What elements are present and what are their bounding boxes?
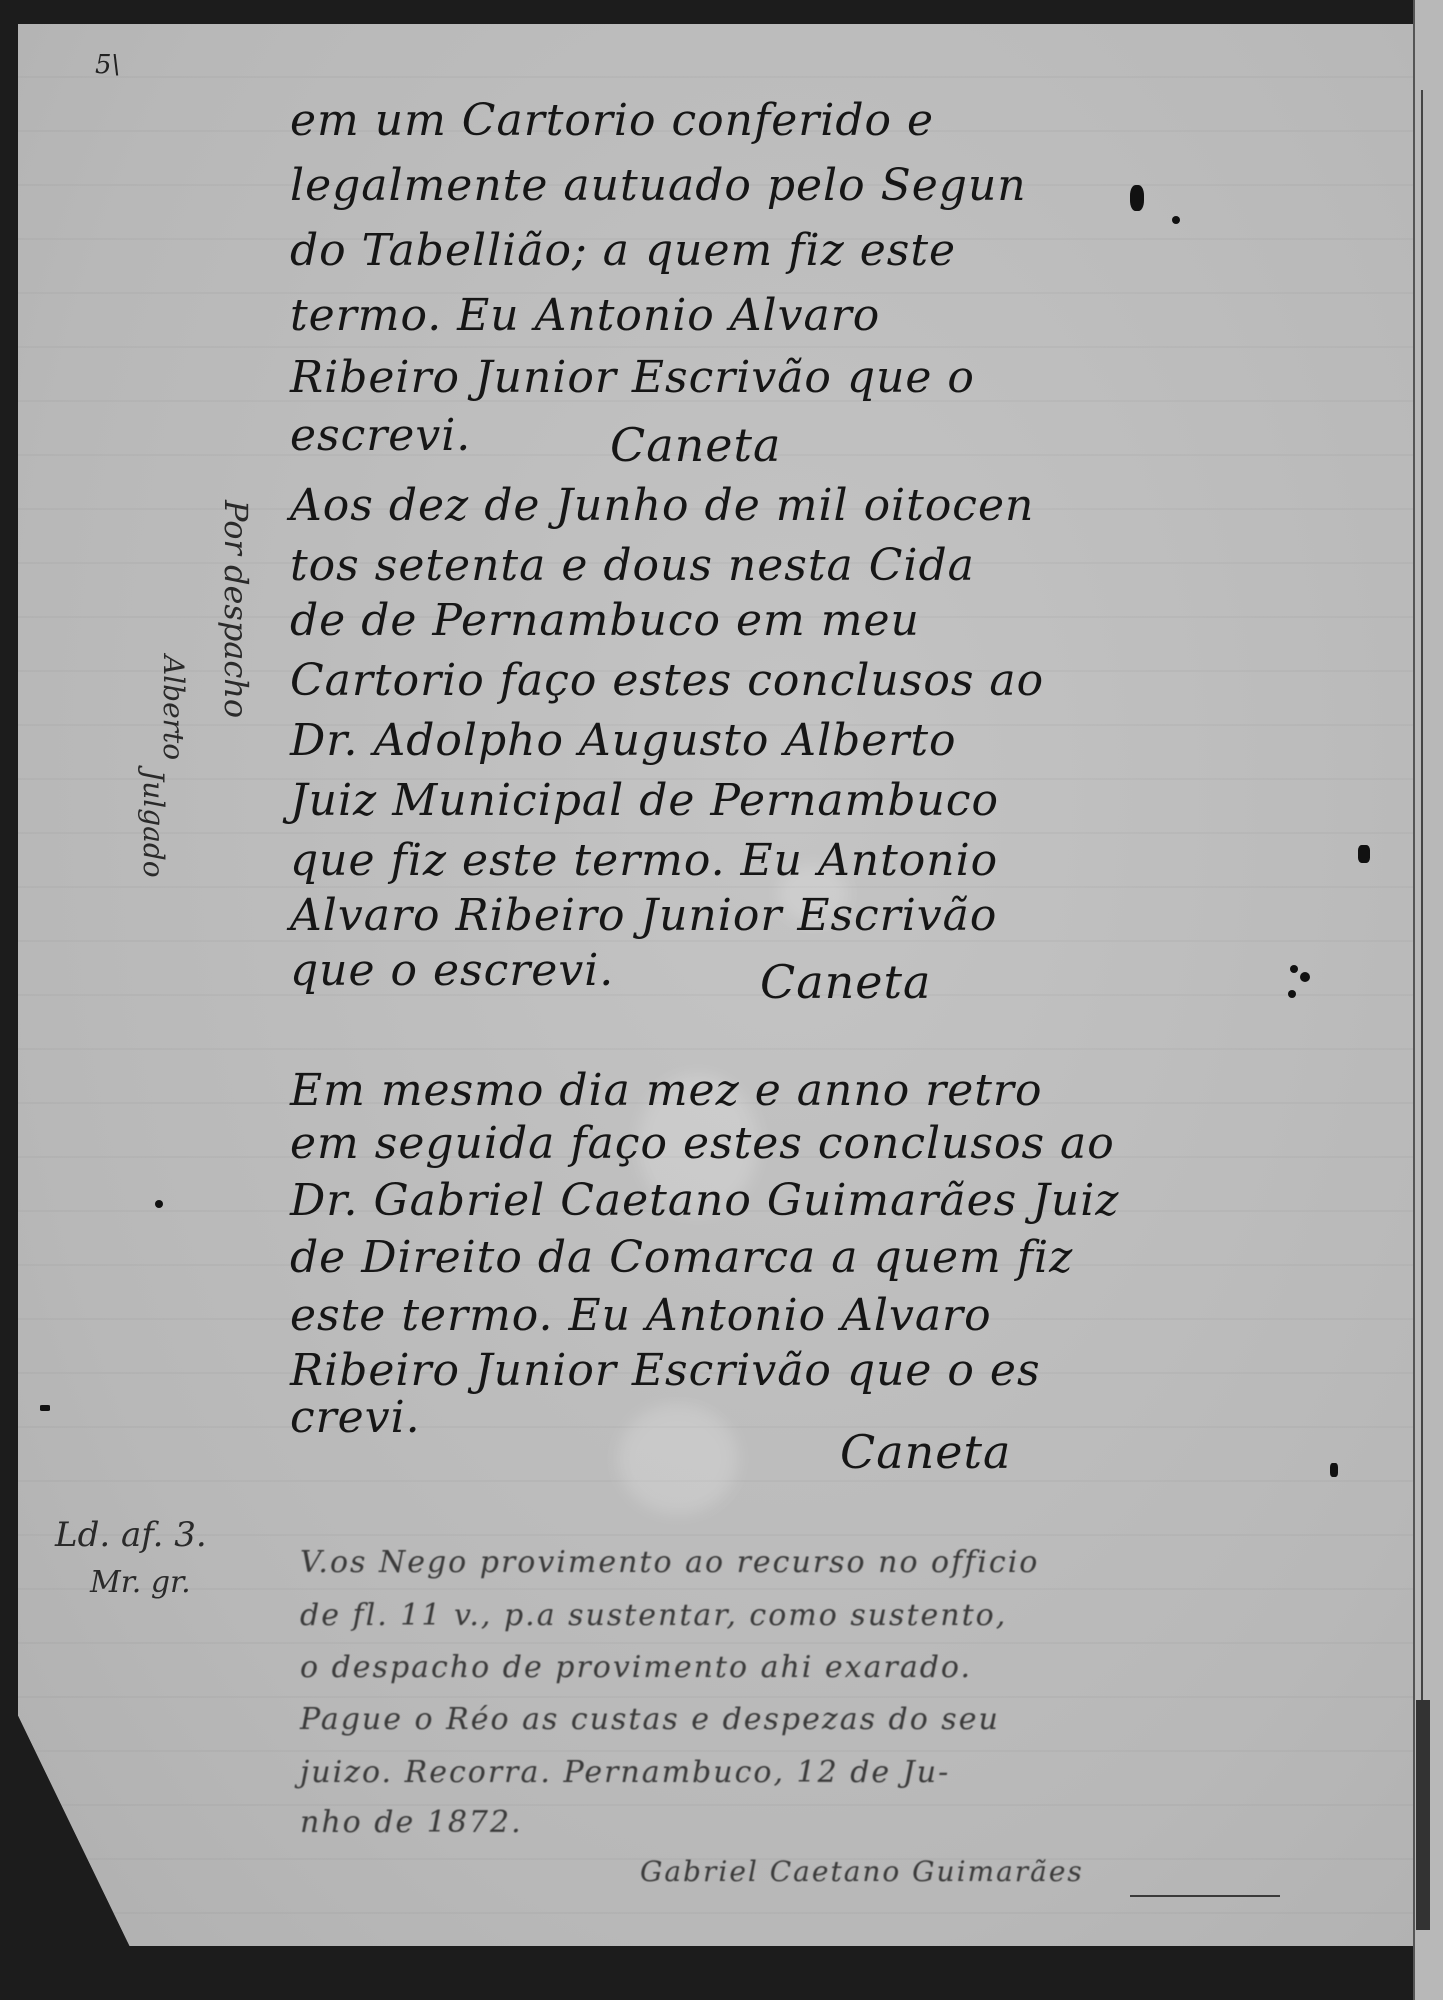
text-line: Dr. Gabriel Caetano Guimarães Juiz	[290, 1175, 1119, 1226]
ruling-line: nho de 1872.	[300, 1805, 523, 1840]
ink-blot	[1358, 845, 1370, 863]
text-line: de de Pernambuco em meu	[290, 595, 920, 646]
ruling-line: o despacho de provimento ahi exarado.	[300, 1650, 972, 1685]
paper-stain	[618, 1404, 738, 1514]
text-line: legalmente autuado pelo Segun	[290, 160, 1027, 211]
ink-blot	[1330, 1463, 1338, 1477]
ink-blot	[1172, 216, 1180, 224]
margin-note-vertical: Alberto	[157, 655, 190, 760]
text-line: de Direito da Comarca a quem fiz	[290, 1232, 1073, 1283]
ruling-line: Pague o Réo as custas e despezas do seu	[300, 1702, 1000, 1737]
folio-mark: 5\	[95, 50, 120, 80]
ruling-line: de fl. 11 v., p.a sustentar, como susten…	[300, 1598, 1007, 1633]
ink-blot	[1290, 965, 1298, 973]
judge-signature: Gabriel Caetano Guimarães	[640, 1855, 1084, 1888]
ink-blot	[1300, 972, 1310, 982]
ink-blot	[155, 1200, 163, 1208]
caneta-stamp: Caneta	[840, 1425, 1011, 1479]
ink-blot	[40, 1405, 50, 1411]
text-line: tos setenta e dous nesta Cida	[290, 540, 975, 591]
margin-note-vertical: Por despacho	[217, 500, 255, 718]
signature-flourish	[1130, 1895, 1280, 1897]
ruling-line: juizo. Recorra. Pernambuco, 12 de Ju-	[300, 1755, 950, 1790]
text-line: escrevi.	[290, 410, 471, 461]
ruling-line: V.os Nego provimento ao recurso no offic…	[300, 1545, 1039, 1580]
text-line: que fiz este termo. Eu Antonio	[290, 835, 998, 886]
text-line: que o escrevi.	[290, 945, 614, 996]
text-line: Dr. Adolpho Augusto Alberto	[290, 715, 957, 766]
margin-note-bottom: Mr. gr.	[90, 1565, 191, 1600]
text-line: Ribeiro Junior Escrivão que o	[290, 352, 975, 403]
text-line: Aos dez de Junho de mil oitocen	[290, 480, 1034, 531]
page-edge-line	[1421, 90, 1423, 1920]
text-line: Em mesmo dia mez e anno retro	[290, 1065, 1042, 1116]
caneta-stamp: Caneta	[760, 955, 931, 1009]
margin-note-bottom: Ld. af. 3.	[55, 1515, 207, 1555]
text-line: este termo. Eu Antonio Alvaro	[290, 1290, 992, 1341]
text-line: em um Cartorio conferido e	[290, 95, 934, 146]
text-line: Ribeiro Junior Escrivão que o es	[290, 1345, 1041, 1396]
text-line: termo. Eu Antonio Alvaro	[290, 290, 880, 341]
text-line: Cartorio faço estes conclusos ao	[290, 655, 1044, 706]
binding-shadow	[1416, 1700, 1430, 1930]
caneta-stamp: Caneta	[610, 418, 781, 472]
ink-blot	[1130, 185, 1144, 211]
margin-note-vertical: Julgado	[137, 770, 170, 878]
text-line: crevi.	[290, 1392, 421, 1443]
ink-blot	[1288, 990, 1296, 998]
text-line: do Tabellião; a quem fiz este	[290, 225, 956, 276]
text-line: em seguida faço estes conclusos ao	[290, 1118, 1115, 1169]
text-line: Juiz Municipal de Pernambuco	[290, 775, 999, 826]
text-line: Alvaro Ribeiro Junior Escrivão	[290, 890, 997, 941]
